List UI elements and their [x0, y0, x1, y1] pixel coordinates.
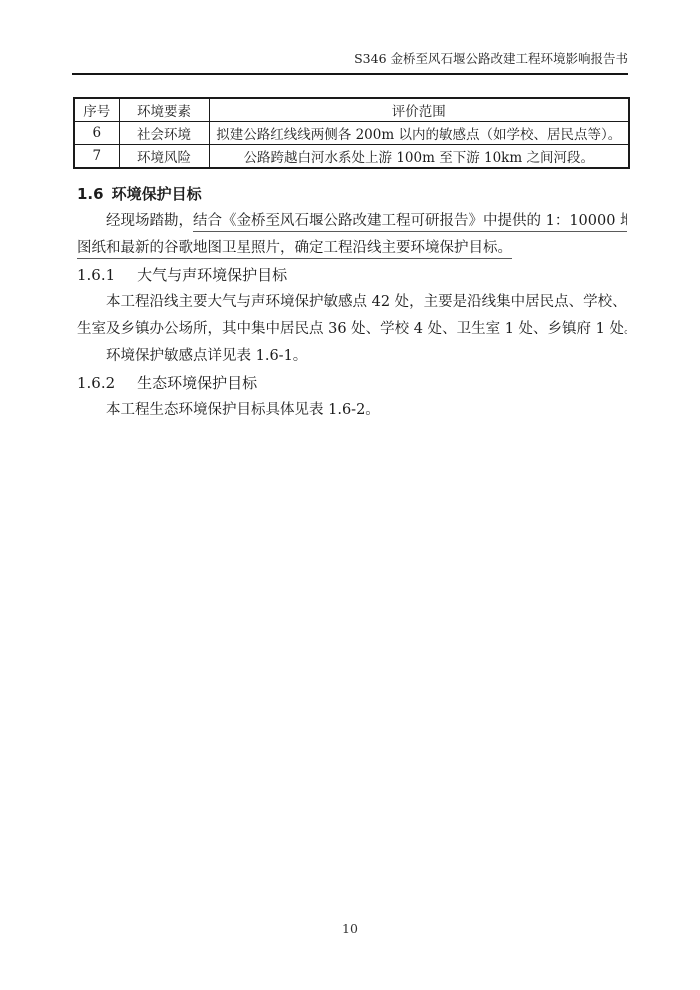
table-row: 7 环境风险 公路跨越白河水系处上游 100m 至下游 10km 之间河段。 [74, 145, 629, 169]
cell-element: 社会环境 [119, 122, 209, 145]
evaluation-scope-table: 序号 环境要素 评价范围 6 社会环境 拟建公路红线线两侧各 200m 以内的敏… [73, 97, 630, 169]
section-number: 1.6 [77, 185, 104, 203]
cell-index: 6 [74, 122, 119, 145]
underlined-text: 结合《金桥至风石堰公路改建工程可研报告》中提供的 1：10000 地形 [193, 213, 627, 232]
underlined-text: 图纸和最新的谷歌地图卫星照片，确定工程沿线主要环境保护目标。 [77, 240, 512, 259]
paragraph-text: 环境保护敏感点详见表 1.6-1。 [106, 348, 307, 364]
paragraph-line: 生室及乡镇办公场所，其中集中居民点 36 处、学校 4 处、卫生室 1 处、乡镇… [77, 316, 627, 343]
table-row: 6 社会环境 拟建公路红线线两侧各 200m 以内的敏感点（如学校、居民点等）。 [74, 122, 629, 145]
underlined-scope-text: 公路跨越白河水系处上游 100m 至下游 10km 之间河段。 [244, 150, 594, 168]
paragraph-line: 本工程沿线主要大气与声环境保护敏感点 42 处，主要是沿线集中居民点、学校、卫 [77, 289, 627, 316]
section-number: 1.6.2 [77, 374, 115, 392]
section-heading-1-6: 1.6环境保护目标 [77, 181, 627, 208]
paragraph-line: 图纸和最新的谷歌地图卫星照片，确定工程沿线主要环境保护目标。 [77, 235, 627, 262]
document-page: S346 金桥至风石堰公路改建工程环境影响报告书 序号 环境要素 评价范围 6 … [0, 0, 700, 990]
paragraph-text: 生室及乡镇办公场所，其中集中居民点 36 处、学校 4 处、卫生室 1 处、乡镇… [77, 321, 627, 337]
column-header-element: 环境要素 [119, 98, 209, 122]
section-title: 环境保护目标 [112, 185, 202, 203]
column-header-scope: 评价范围 [209, 98, 629, 122]
section-number: 1.6.1 [77, 266, 115, 284]
paragraph-line: 经现场踏勘，结合《金桥至风石堰公路改建工程可研报告》中提供的 1：10000 地… [77, 208, 627, 235]
cell-scope: 拟建公路红线线两侧各 200m 以内的敏感点（如学校、居民点等）。 [209, 122, 629, 145]
cell-element: 环境风险 [119, 145, 209, 169]
section-heading-1-6-2: 1.6.2生态环境保护目标 [77, 370, 627, 397]
paragraph-line: 本工程生态环境保护目标具体见表 1.6-2。 [77, 397, 627, 424]
page-header-title: S346 金桥至风石堰公路改建工程环境影响报告书 [73, 51, 628, 67]
paragraph-text: 本工程生态环境保护目标具体见表 1.6-2。 [106, 402, 380, 418]
header-rule [72, 73, 628, 75]
section-heading-1-6-1: 1.6.1大气与声环境保护目标 [77, 262, 627, 289]
paragraph-line: 环境保护敏感点详见表 1.6-1。 [77, 343, 627, 370]
section-title: 大气与声环境保护目标 [137, 266, 287, 284]
section-title: 生态环境保护目标 [137, 374, 257, 392]
table-header-row: 序号 环境要素 评价范围 [74, 98, 629, 122]
cell-scope: 公路跨越白河水系处上游 100m 至下游 10km 之间河段。 [209, 145, 629, 169]
paragraph-text: 经现场踏勘， [106, 213, 193, 229]
cell-index: 7 [74, 145, 119, 169]
page-number: 10 [0, 921, 700, 936]
page-body: 1.6环境保护目标 经现场踏勘，结合《金桥至风石堰公路改建工程可研报告》中提供的… [77, 181, 627, 424]
paragraph-text: 本工程沿线主要大气与声环境保护敏感点 42 处，主要是沿线集中居民点、学校、卫 [106, 294, 627, 310]
column-header-index: 序号 [74, 98, 119, 122]
